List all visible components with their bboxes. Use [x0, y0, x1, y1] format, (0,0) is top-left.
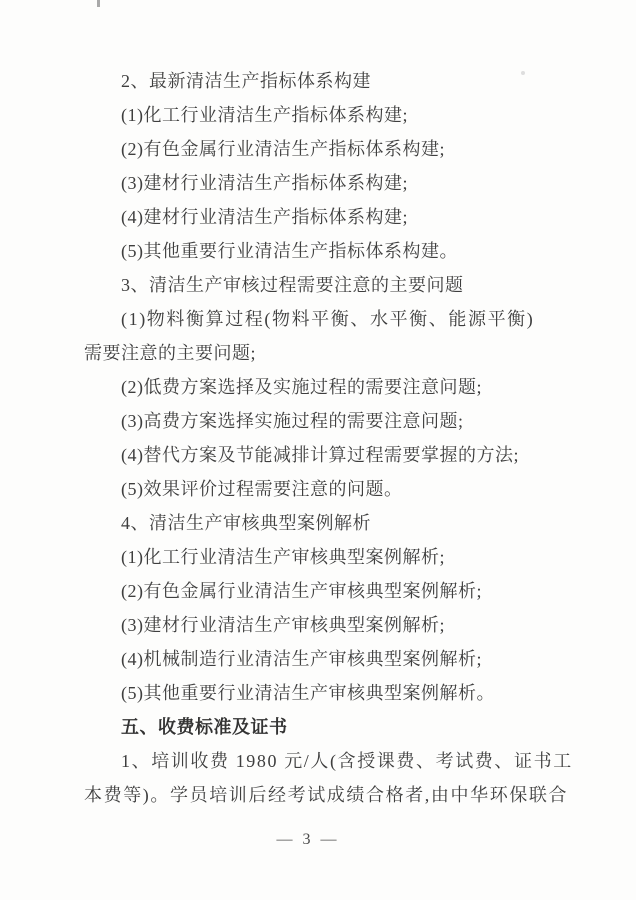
doc-line-continuation: 需要注意的主要问题; — [84, 336, 548, 370]
scanned-document-page: 2、最新清洁生产指标体系构建 (1)化工行业清洁生产指标体系构建; (2)有色金… — [0, 0, 636, 900]
doc-line: 1、培训收费 1980 元/人(含授课费、考试费、证书工 — [84, 744, 548, 778]
doc-line: (2)低费方案选择及实施过程的需要注意问题; — [84, 370, 548, 404]
doc-line-section-3-heading: 3、清洁生产审核过程需要注意的主要问题 — [84, 268, 548, 302]
doc-line-continuation: 本费等)。学员培训后经考试成绩合格者,由中华环保联合 — [84, 778, 548, 812]
doc-line: (4)机械制造行业清洁生产审核典型案例解析; — [84, 642, 548, 676]
doc-line: (3)高费方案选择实施过程的需要注意问题; — [84, 404, 548, 438]
doc-line: (4)建材行业清洁生产指标体系构建; — [84, 200, 548, 234]
doc-line-section-5-heading: 五、收费标准及证书 — [84, 710, 548, 744]
doc-line: (1)化工行业清洁生产审核典型案例解析; — [84, 540, 548, 574]
doc-line: (1)化工行业清洁生产指标体系构建; — [84, 98, 548, 132]
doc-line: (3)建材行业清洁生产指标体系构建; — [84, 166, 548, 200]
scan-artifact-tick — [97, 0, 100, 7]
doc-line: (3)建材行业清洁生产审核典型案例解析; — [84, 608, 548, 642]
doc-line-section-4-heading: 4、清洁生产审核典型案例解析 — [84, 506, 548, 540]
doc-line: (2)有色金属行业清洁生产审核典型案例解析; — [84, 574, 548, 608]
doc-line: (4)替代方案及节能减排计算过程需要掌握的方法; — [84, 438, 548, 472]
document-body: 2、最新清洁生产指标体系构建 (1)化工行业清洁生产指标体系构建; (2)有色金… — [84, 64, 548, 812]
doc-line: (5)其他重要行业清洁生产审核典型案例解析。 — [84, 676, 548, 710]
doc-line-section-2-heading: 2、最新清洁生产指标体系构建 — [84, 64, 548, 98]
doc-line: (5)效果评价过程需要注意的问题。 — [84, 472, 548, 506]
doc-line: (1)物料衡算过程(物料平衡、水平衡、能源平衡) — [84, 302, 548, 336]
page-number: — 3 — — [0, 831, 616, 849]
doc-line: (2)有色金属行业清洁生产指标体系构建; — [84, 132, 548, 166]
doc-line: (5)其他重要行业清洁生产指标体系构建。 — [84, 234, 548, 268]
